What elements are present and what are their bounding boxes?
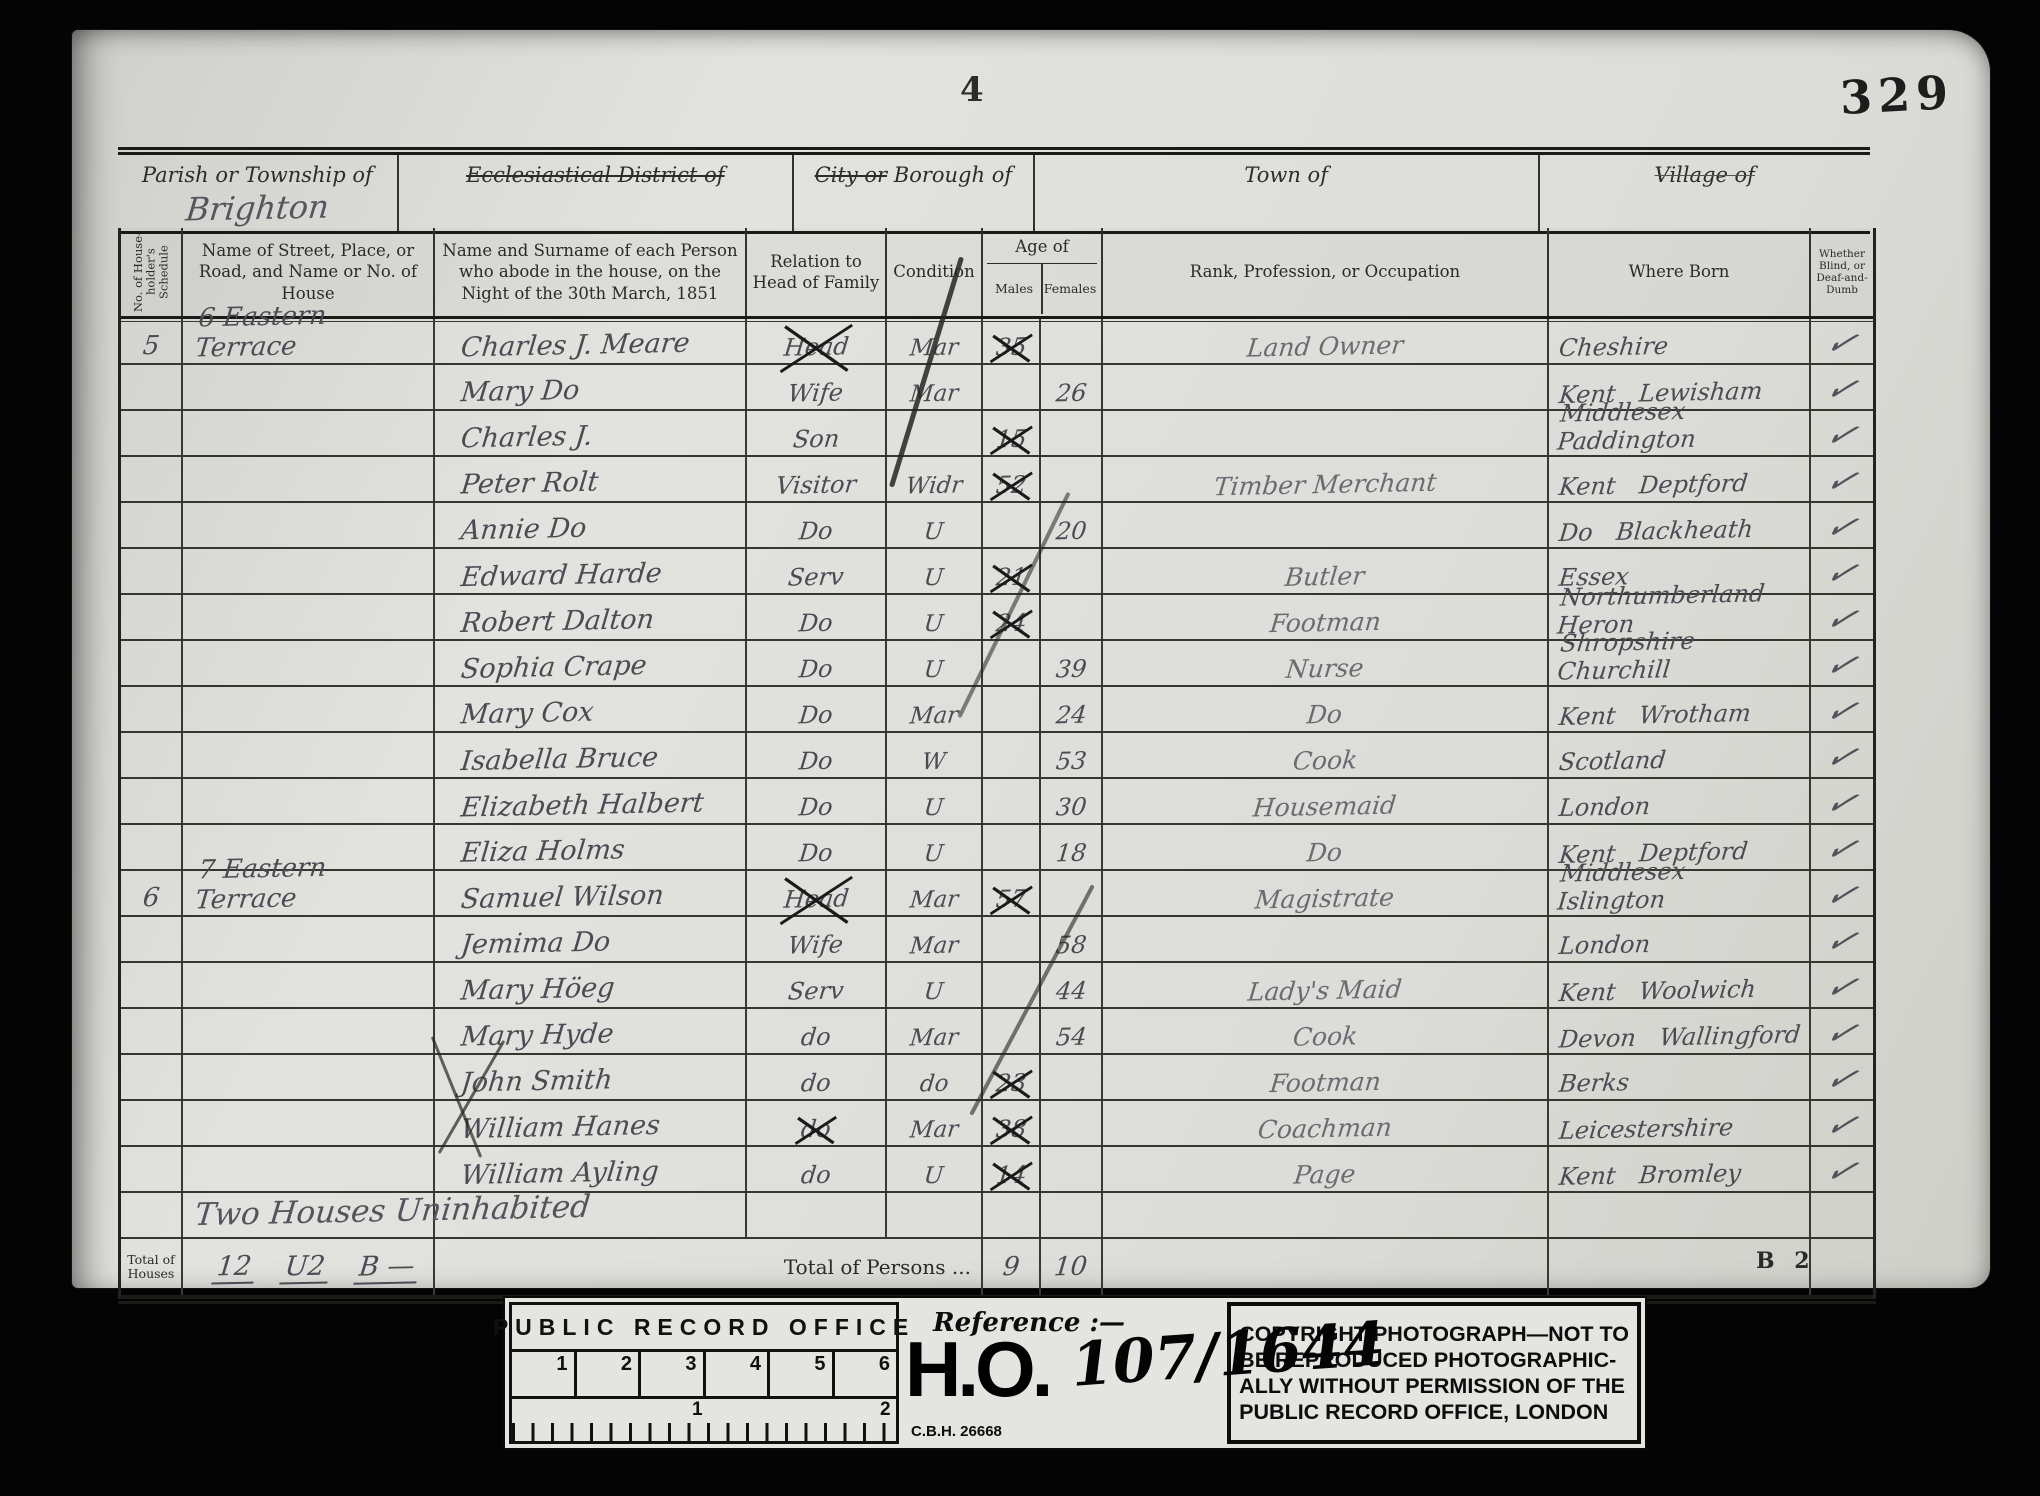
occupation-value: Do <box>1306 838 1344 868</box>
cell-condition: W <box>887 733 983 777</box>
cell-relation: Visitor <box>747 457 887 501</box>
condition-value: Mar <box>909 932 960 959</box>
condition-value: U <box>923 979 945 1005</box>
cell-person-name: Peter Rolt <box>435 457 747 501</box>
cell-age-female <box>1041 1101 1103 1145</box>
col-blind-deaf: Whether Blind, or Deaf-and-Dumb <box>1811 228 1873 316</box>
cell-age-female <box>1041 1193 1103 1237</box>
cell-where-born <box>1549 1193 1811 1237</box>
cell-age-male <box>983 733 1041 777</box>
total-houses-values: 12 U2 B — <box>183 1239 435 1295</box>
cell-relation: Do <box>747 687 887 731</box>
ruler-inch-scale: 1 2 <box>512 1399 896 1441</box>
cell-occupation: Footman <box>1103 595 1549 639</box>
pro-office-title: PUBLIC RECORD OFFICE <box>512 1305 896 1349</box>
town-cell: Town of <box>1035 155 1540 231</box>
cell-age-female <box>1041 1055 1103 1099</box>
relation-value: Do <box>798 517 835 546</box>
cell-tick: ✓ <box>1811 687 1873 731</box>
cell-tick: ✓ <box>1811 779 1873 823</box>
cell-occupation: Page <box>1103 1147 1549 1191</box>
relation-value: do <box>800 1069 833 1098</box>
cell-occupation <box>1103 411 1549 455</box>
cell-where-born: Leicestershire <box>1549 1101 1811 1145</box>
cell-person-name: Mary Höeg <box>435 963 747 1007</box>
table-row: William AylingdoU14PageKent Bromley✓ <box>121 1147 1873 1193</box>
cell-relation: Head <box>747 319 887 363</box>
cell-street-name <box>183 779 435 823</box>
table-row: Elizabeth HalbertDoU30HousemaidLondon✓ <box>121 779 1873 825</box>
relation-value: Wife <box>787 378 845 407</box>
table-row: Mary HöegServU44Lady's MaidKent Woolwich… <box>121 963 1873 1009</box>
age-male-value: 57 <box>994 885 1027 914</box>
ruler-cm-3: 3 <box>641 1352 706 1396</box>
occupation-value: Nurse <box>1285 653 1365 684</box>
cell-where-born: Cheshire <box>1549 319 1811 363</box>
cell-occupation <box>1103 503 1549 547</box>
cell-occupation <box>1103 917 1549 961</box>
condition-value: U <box>923 1163 945 1189</box>
totals-row: Total of Houses 12 U2 B — Total of Perso… <box>121 1239 1873 1299</box>
cell-occupation: Do <box>1103 825 1549 869</box>
cell-tick: ✓ <box>1811 825 1873 869</box>
cell-tick: ✓ <box>1811 1101 1873 1145</box>
check-mark: ✓ <box>1818 595 1865 644</box>
cell-where-born: Middlesex Islington <box>1549 871 1811 915</box>
cell-relation: Wife <box>747 365 887 409</box>
cell-relation: Do <box>747 779 887 823</box>
cell-age-female <box>1041 1147 1103 1191</box>
town-label: Town of <box>1244 163 1328 187</box>
cell-relation <box>747 1193 887 1237</box>
relation-value: do <box>800 1161 833 1190</box>
cell-occupation: Footman <box>1103 1055 1549 1099</box>
cell-condition <box>887 1193 983 1237</box>
total-building-value: B — <box>354 1250 421 1284</box>
cell-occupation: Timber Merchant <box>1103 457 1549 501</box>
cell-person-name: William Hanes <box>435 1101 747 1145</box>
age-male-value: 35 <box>994 333 1027 362</box>
cell-tick <box>1811 1193 1873 1237</box>
cell-occupation: Land Owner <box>1103 319 1549 363</box>
age-male-value: 52 <box>994 471 1027 500</box>
total-houses-value: 12 <box>211 1250 257 1284</box>
relation-value: Wife <box>787 930 845 959</box>
cell-street-name <box>183 733 435 777</box>
cell-relation: Serv <box>747 963 887 1007</box>
col-occupation: Rank, Profession, or Occupation <box>1103 228 1549 316</box>
cell-age-male: 52 <box>983 457 1041 501</box>
check-mark: ✓ <box>1818 825 1865 874</box>
cell-age-male: 57 <box>983 871 1041 915</box>
where-born-value: London <box>1558 792 1652 822</box>
cell-age-male <box>983 365 1041 409</box>
total-males-value: 9 <box>1001 1252 1021 1282</box>
cell-condition: Mar <box>887 917 983 961</box>
ruler-cm-6: 6 <box>835 1352 897 1396</box>
where-born-value: Middlesex Islington <box>1556 854 1812 915</box>
cell-tick: ✓ <box>1811 365 1873 409</box>
check-mark: ✓ <box>1818 641 1865 690</box>
person-name-value: Charles J. <box>459 421 594 455</box>
person-name-value: Isabella Bruce <box>459 742 659 777</box>
cell-age-male: 15 <box>983 411 1041 455</box>
cell-age-male <box>983 687 1041 731</box>
cell-condition: U <box>887 1147 983 1191</box>
total-empty-born <box>1549 1239 1811 1295</box>
occupation-value: Footman <box>1268 607 1382 638</box>
table-row: Annie DoDoU20Do Blackheath✓ <box>121 503 1873 549</box>
col-females-label: Females <box>1043 264 1097 314</box>
cell-age-female: 26 <box>1041 365 1103 409</box>
cell-tick: ✓ <box>1811 733 1873 777</box>
cbh-code: C.B.H. 26668 <box>911 1423 1002 1440</box>
cell-age-female <box>1041 319 1103 363</box>
cell-occupation <box>1103 365 1549 409</box>
ruler-cm-scale: 1 2 3 4 5 6 <box>512 1349 896 1399</box>
cell-schedule-no <box>121 503 183 547</box>
relation-value: Son <box>791 424 840 453</box>
cell-condition: U <box>887 825 983 869</box>
cell-relation: Do <box>747 503 887 547</box>
cell-relation: do <box>747 1147 887 1191</box>
relation-value: do <box>800 1023 833 1052</box>
table-row: Peter RoltVisitorWidr52Timber MerchantKe… <box>121 457 1873 503</box>
ruler-cm-4: 4 <box>706 1352 771 1396</box>
cell-where-born: Scotland <box>1549 733 1811 777</box>
cell-condition: U <box>887 549 983 593</box>
table-row: Sophia CrapeDoU39NurseShropshire Churchi… <box>121 641 1873 687</box>
condition-value: U <box>923 565 945 591</box>
cell-street-name <box>183 549 435 593</box>
reference-prefix: H.O. <box>905 1324 1049 1415</box>
where-born-value: Scotland <box>1558 746 1668 776</box>
cell-tick: ✓ <box>1811 917 1873 961</box>
cell-where-born: Berks <box>1549 1055 1811 1099</box>
person-name-value: Robert Dalton <box>459 604 655 639</box>
relation-value: Do <box>798 839 835 868</box>
cell-where-born: London <box>1549 779 1811 823</box>
where-born-value: Cheshire <box>1558 332 1670 362</box>
cell-person-name: Elizabeth Halbert <box>435 779 747 823</box>
check-mark: ✓ <box>1818 1101 1865 1150</box>
cell-condition: U <box>887 595 983 639</box>
check-mark: ✓ <box>1818 779 1865 828</box>
condition-value: U <box>923 611 945 637</box>
cell-occupation: Cook <box>1103 733 1549 777</box>
total-females-value: 10 <box>1053 1252 1089 1283</box>
occupation-value: Coachman <box>1257 1113 1394 1145</box>
condition-value: do <box>918 1071 949 1098</box>
cell-age-male: 14 <box>983 1147 1041 1191</box>
cell-tick: ✓ <box>1811 411 1873 455</box>
total-houses-label: Total of Houses <box>121 1239 183 1295</box>
cell-relation: Wife <box>747 917 887 961</box>
person-name-value: Peter Rolt <box>459 467 599 501</box>
cell-relation: do <box>747 1101 887 1145</box>
cell-tick: ✓ <box>1811 1009 1873 1053</box>
cell-age-male: 38 <box>983 1101 1041 1145</box>
cell-schedule-no <box>121 1193 183 1237</box>
occupation-value: Do <box>1306 700 1344 730</box>
cell-street-name <box>183 1055 435 1099</box>
age-male-value: 15 <box>994 425 1027 454</box>
cell-relation: do <box>747 1055 887 1099</box>
table-row: Charles J.Son15Middlesex Paddington✓ <box>121 411 1873 457</box>
where-born-value: Kent Wrotham <box>1558 699 1753 731</box>
check-mark: ✓ <box>1818 963 1865 1012</box>
pro-ruler-box: PUBLIC RECORD OFFICE 1 2 3 4 5 6 1 2 <box>509 1302 899 1444</box>
cell-occupation: Nurse <box>1103 641 1549 685</box>
schedule-no-value: 5 <box>141 331 161 361</box>
person-name-value: Mary Hyde <box>459 1018 615 1052</box>
cell-condition: do <box>887 1055 983 1099</box>
cell-relation: Do <box>747 825 887 869</box>
check-mark: ✓ <box>1818 871 1865 920</box>
table-row: 67 Eastern TerraceSamuel WilsonHeadMar57… <box>121 871 1873 917</box>
cell-street-name <box>183 457 435 501</box>
check-mark: ✓ <box>1818 503 1865 552</box>
cell-tick: ✓ <box>1811 457 1873 501</box>
cell-tick: ✓ <box>1811 319 1873 363</box>
cell-relation: Serv <box>747 549 887 593</box>
cell-condition: Mar <box>887 365 983 409</box>
cell-where-born: Middlesex Paddington <box>1549 411 1811 455</box>
cell-age-female <box>1041 457 1103 501</box>
cell-occupation: Magistrate <box>1103 871 1549 915</box>
age-female-value: 44 <box>1054 977 1087 1006</box>
relation-value: Do <box>798 701 835 730</box>
census-rows: 56 Eastern TerraceCharles J. MeareHeadMa… <box>121 319 1873 1239</box>
copyright-line: PUBLIC RECORD OFFICE, LONDON <box>1239 1399 1629 1425</box>
cell-schedule-no <box>121 365 183 409</box>
cell-occupation: Butler <box>1103 549 1549 593</box>
person-name-value: Jemima Do <box>459 926 611 960</box>
cell-relation: Do <box>747 733 887 777</box>
cell-street-name: 7 Eastern Terrace <box>183 871 435 915</box>
col-schedule-label: No. of House- holder's Schedule <box>132 230 170 314</box>
ruler-cm-1: 1 <box>512 1352 577 1396</box>
check-mark: ✓ <box>1818 1055 1865 1104</box>
relation-value: do <box>800 1115 833 1144</box>
where-born-value: Kent Bromley <box>1558 1159 1743 1191</box>
age-male-value: 14 <box>994 1161 1027 1190</box>
cell-schedule-no <box>121 411 183 455</box>
cell-where-born: Shropshire Churchill <box>1549 641 1811 685</box>
cell-age-female: 53 <box>1041 733 1103 777</box>
col-age-label: Age of <box>1015 236 1069 257</box>
where-born-value: Middlesex Paddington <box>1556 394 1812 455</box>
condition-value: W <box>921 749 947 776</box>
where-born-value: Devon Wallingford <box>1558 1020 1802 1053</box>
cell-person-name: Mary Do <box>435 365 747 409</box>
col-where-born: Where Born <box>1549 228 1811 316</box>
ruler-inch-1: 1 <box>692 1399 703 1421</box>
cell-tick: ✓ <box>1811 871 1873 915</box>
relation-value: Head <box>782 884 850 913</box>
check-mark: ✓ <box>1818 319 1865 368</box>
schedule-no-value: 6 <box>141 883 161 913</box>
cell-occupation: Coachman <box>1103 1101 1549 1145</box>
cell-street-name <box>183 365 435 409</box>
condition-value: U <box>923 519 945 545</box>
condition-value: U <box>923 795 945 821</box>
person-name-value: Mary Cox <box>459 697 595 731</box>
occupation-value: Magistrate <box>1254 883 1396 915</box>
uninhabited-row: Two Houses Uninhabited <box>121 1193 1873 1239</box>
parish-value: Brighton <box>184 187 331 228</box>
cell-street-name <box>183 963 435 1007</box>
person-name-value: Edward Harde <box>459 558 663 593</box>
cell-where-born: Devon Wallingford <box>1549 1009 1811 1053</box>
ruler-cm-2: 2 <box>577 1352 642 1396</box>
where-born-value: Kent Deptford <box>1558 469 1750 501</box>
cell-street-name <box>183 641 435 685</box>
cell-schedule-no: 6 <box>121 871 183 915</box>
col-age: Age of Males Females <box>983 228 1103 316</box>
person-name-value: Mary Do <box>459 375 581 409</box>
cell-age-female <box>1041 549 1103 593</box>
cell-condition: U <box>887 641 983 685</box>
cell-age-male: 35 <box>983 319 1041 363</box>
age-female-value: 18 <box>1054 839 1087 868</box>
cell-where-born: Kent Deptford <box>1549 457 1811 501</box>
occupation-value: Page <box>1293 1159 1357 1189</box>
cell-street-name <box>183 1101 435 1145</box>
cell-age-female: 30 <box>1041 779 1103 823</box>
table-row: Mary CoxDoMar24DoKent Wrotham✓ <box>121 687 1873 733</box>
cell-occupation: Lady's Maid <box>1103 963 1549 1007</box>
relation-value: Do <box>798 609 835 638</box>
table-row: 56 Eastern TerraceCharles J. MeareHeadMa… <box>121 319 1873 365</box>
cell-schedule-no <box>121 825 183 869</box>
village-label: Village of <box>1655 163 1755 187</box>
relation-value: Do <box>798 793 835 822</box>
folio-stamp-number: 329 <box>1839 65 1956 125</box>
street-name-value: 7 Eastern Terrace <box>194 850 436 915</box>
cell-street-name <box>183 1009 435 1053</box>
cell-schedule-no <box>121 1147 183 1191</box>
condition-value: U <box>923 657 945 683</box>
age-female-value: 54 <box>1054 1023 1087 1052</box>
cell-relation: Do <box>747 595 887 639</box>
condition-value: Mar <box>909 886 960 913</box>
cell-where-born: Do Blackheath <box>1549 503 1811 547</box>
cell-schedule-no <box>121 917 183 961</box>
total-persons-females: 10 <box>1041 1239 1103 1295</box>
cell-tick: ✓ <box>1811 1055 1873 1099</box>
age-female-value: 53 <box>1054 747 1087 776</box>
age-female-value: 26 <box>1054 379 1087 408</box>
cell-schedule-no <box>121 1055 183 1099</box>
cell-where-born: Kent Wrotham <box>1549 687 1811 731</box>
relation-value: Serv <box>787 562 846 591</box>
cell-condition: Mar <box>887 871 983 915</box>
where-born-value: London <box>1558 930 1652 960</box>
cell-age-female: 18 <box>1041 825 1103 869</box>
total-empty-occupation <box>1103 1239 1549 1295</box>
cell-condition: Mar <box>887 1101 983 1145</box>
heading-band: Parish or Township of Brighton Ecclesias… <box>118 152 1870 234</box>
where-born-value: Do Blackheath <box>1558 515 1755 547</box>
cell-age-male <box>983 917 1041 961</box>
cell-occupation: Do <box>1103 687 1549 731</box>
cell-schedule-no <box>121 595 183 639</box>
parish-label: Parish or Township of <box>142 163 373 187</box>
cell-schedule-no <box>121 779 183 823</box>
cell-person-name: Annie Do <box>435 503 747 547</box>
relation-value: Do <box>798 747 835 776</box>
person-name-value: William Hanes <box>459 1110 661 1145</box>
cell-street-name <box>183 595 435 639</box>
condition-value: Mar <box>909 1116 960 1143</box>
cell-person-name: Eliza Holms <box>435 825 747 869</box>
condition-value: Widr <box>905 472 964 499</box>
total-uninhabited-value: U2 <box>280 1250 331 1284</box>
cell-street-name: 6 Eastern Terrace <box>183 319 435 363</box>
pro-stamp-strip: PUBLIC RECORD OFFICE 1 2 3 4 5 6 1 2 Ref… <box>505 1298 1645 1448</box>
cell-schedule-no <box>121 1009 183 1053</box>
city-borough-cell: City or Borough of <box>794 155 1035 231</box>
cell-age-male <box>983 1193 1041 1237</box>
relation-value: Head <box>782 332 850 361</box>
cell-schedule-no <box>121 687 183 731</box>
census-photograph: 4 329 B 2 Parish or Township of Brighton… <box>0 0 2040 1496</box>
cell-schedule-no <box>121 641 183 685</box>
cell-where-born: Kent Bromley <box>1549 1147 1811 1191</box>
city-label-rest: Borough of <box>894 163 1012 187</box>
cell-street-name <box>183 687 435 731</box>
street-name-value: 6 Eastern Terrace <box>194 298 436 363</box>
age-female-value: 24 <box>1054 701 1087 730</box>
age-female-value: 20 <box>1054 517 1087 546</box>
check-mark: ✓ <box>1818 549 1865 598</box>
occupation-value: Lady's Maid <box>1247 974 1404 1006</box>
cell-condition: Widr <box>887 457 983 501</box>
cell-person-name: Mary Cox <box>435 687 747 731</box>
check-mark: ✓ <box>1818 457 1865 506</box>
where-born-value: Leicestershire <box>1558 1113 1735 1145</box>
condition-value: Mar <box>909 1024 960 1051</box>
occupation-value: Timber Merchant <box>1212 468 1437 502</box>
cell-street-name <box>183 503 435 547</box>
check-mark: ✓ <box>1818 917 1865 966</box>
check-mark: ✓ <box>1818 365 1865 414</box>
cell-person-name: Sophia Crape <box>435 641 747 685</box>
cell-condition: U <box>887 779 983 823</box>
age-female-value: 39 <box>1054 655 1087 684</box>
cell-person-name: Charles J. Meare <box>435 319 747 363</box>
age-male-value: 38 <box>994 1115 1027 1144</box>
check-mark: ✓ <box>1818 687 1865 736</box>
cell-schedule-no: 5 <box>121 319 183 363</box>
occupation-value: Footman <box>1268 1067 1382 1098</box>
cell-street-name <box>183 1147 435 1191</box>
person-name-value: Samuel Wilson <box>459 880 665 915</box>
cell-schedule-no <box>121 733 183 777</box>
person-name-value: John Smith <box>459 1064 614 1098</box>
check-mark: ✓ <box>1818 1147 1865 1196</box>
col-name: Name and Surname of each Person who abod… <box>435 228 747 316</box>
cell-tick: ✓ <box>1811 549 1873 593</box>
cell-tick: ✓ <box>1811 1147 1873 1191</box>
parish-cell: Parish or Township of Brighton <box>118 155 399 231</box>
cell-relation: Head <box>747 871 887 915</box>
where-born-value: Shropshire Churchill <box>1556 624 1812 685</box>
cell-schedule-no <box>121 963 183 1007</box>
occupation-value: Cook <box>1291 1021 1358 1051</box>
person-name-value: Elizabeth Halbert <box>459 787 705 823</box>
